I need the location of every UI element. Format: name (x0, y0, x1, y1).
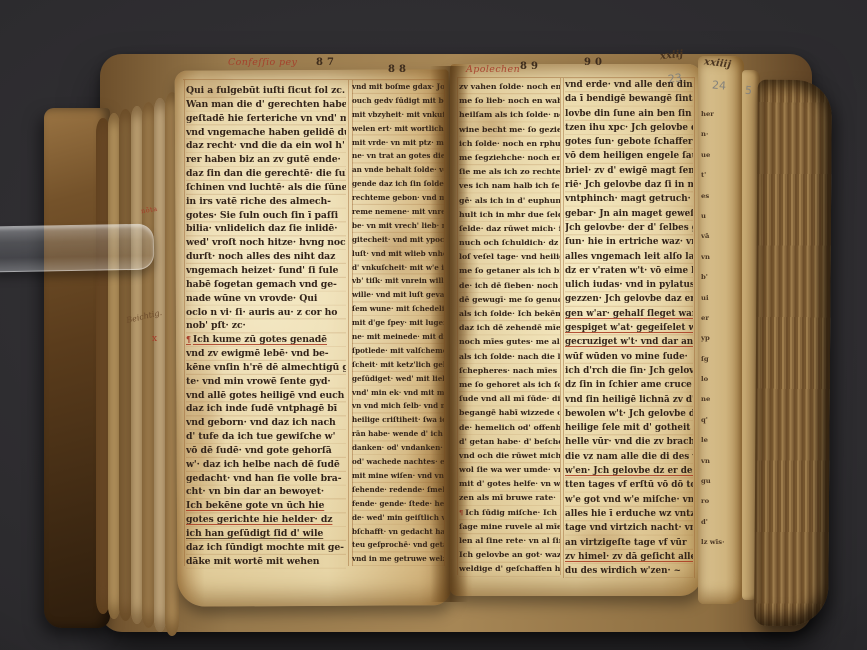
text-line: zv himel· zv dā geſicht alle den (565, 550, 693, 564)
text-line: gezzen· Jch gelovbe daz er gevā (565, 292, 693, 306)
text-line: d' tufe da ich tue gewiſche w' (186, 430, 346, 444)
text-line: w'e got vnd w'e miſche· vn ſid (565, 493, 693, 507)
text-line: te· vnd min vrowē ſente gyd· (186, 375, 346, 389)
column-rule (560, 78, 561, 575)
text-line: nade wūne vn vrovde· Qui (186, 292, 346, 306)
text-line: ves ich nam halb ich ſeiden vſpli (459, 179, 560, 193)
text-line: Ich gelovbe an got· waz alge (459, 548, 560, 562)
text-line: alles hie ī erduche wz vntzich (565, 507, 693, 521)
text-line: zen als mī bruwe rate· (459, 491, 560, 505)
text-line: vnd ſin heiligē lichnā zv d' erde (565, 393, 693, 407)
edge-fragment: n· (701, 124, 735, 144)
acrylic-page-holder-strip (0, 224, 154, 273)
column-number-88: 88 (388, 64, 410, 75)
column-rule (563, 78, 564, 578)
running-title-right: Apolechen (466, 64, 520, 75)
text-line: habē ſogetan gemach vnd ge- (186, 278, 346, 292)
running-title-left: Confeſſio pey (228, 57, 297, 68)
margin-red-cross: x (152, 334, 157, 344)
text-line: tage vnd virtzich nacht· vnd (565, 521, 693, 535)
text-line: daz recht· vnd die da ein wol h' (186, 139, 346, 153)
edge-fragment: her (701, 104, 735, 124)
text-line: hult ich in mhr due ſelde als ich (459, 208, 560, 222)
text-line: wol ſie wa wer umde· vn wz (459, 463, 560, 477)
edge-fragment: lz wīs· (701, 532, 735, 552)
text-line: durſt· noch alles des niht daz (186, 250, 346, 264)
edge-fragment: yp (701, 328, 735, 348)
text-line: w'· daz ich helbe nach dē ſudē (186, 458, 346, 472)
text-line: me ſo getaner als ich billich ſol (459, 264, 560, 278)
text-line: vnd geborn· vnd daz ich nach (186, 416, 346, 430)
edge-fragment: es (701, 186, 735, 206)
text-line: gespiget w'at· gegeiſelet w't· (565, 321, 693, 335)
text-line: dē gewugī· me ſo genuch wz (459, 293, 560, 307)
text-line: vō dem heiligen engele ſauced (565, 149, 693, 163)
text-line: vnd zv ewigmē lebē· vnd be- (186, 347, 346, 361)
text-line: vntphinch· magt getruch· magt (565, 192, 693, 206)
text-line: oclo n vi· ſi· auris au· z cor ho (186, 306, 346, 320)
edge-fragment: er (701, 308, 735, 328)
text-line: die vz nam alle die di des wirdich (565, 450, 693, 464)
text-line: len al ſine rete· vn al ſine w'ke (459, 534, 560, 548)
text-line: w'en· Jch gelovbe dz er des dri (565, 464, 693, 478)
text-line: Ich kume zū gotes genadē (186, 333, 346, 347)
edge-fragment: vn (701, 451, 735, 471)
text-line: loſ veſel tage· vnd heilige tage (459, 250, 560, 264)
edge-fragment: b' (701, 267, 735, 287)
text-line: briel· zv d' ewigē magt ſente gyd (565, 164, 693, 178)
text-line: ich ſolde· noch en rphuch mir ebī (459, 137, 560, 151)
edge-fragment: q' (701, 410, 735, 430)
text-line: dāke mit wortē mit wehen (186, 555, 346, 569)
gutter-fold-shadow (430, 66, 468, 602)
text-line: vnd och die rūwet mich· vn (459, 449, 560, 463)
folio-number-pencil-24: 24 (711, 78, 726, 92)
text-column-89: zv vahen ſolde· noch en heilte ſieme ſo … (459, 80, 560, 577)
text-line: mit d' gotes helfe· vn wil ſv bez (459, 477, 560, 491)
text-line: helle vūr· vnd die zv brach· vn (565, 435, 693, 449)
text-line: nob' pſt· zc· (186, 319, 346, 333)
text-line: ſie me als ich zo rechte ſolde· ſo (459, 165, 560, 179)
text-line: vngemach heizet· ſund' ſi ſule (186, 264, 346, 278)
text-line: ſchinen vnd luchtē· als die ſūne (186, 181, 346, 195)
edge-fragment: d' (701, 512, 735, 532)
text-line: gotes· Sie ſuln ouch ſin ī paſſi (186, 209, 346, 223)
text-line: da ī bendigē bewangē ſint· Ich ge (565, 92, 693, 106)
text-line: alles vngemach leit alſo lange biz (565, 250, 693, 264)
edge-fragment: vn (701, 247, 735, 267)
text-line: Ich ſūdig miſche· Ich b' (459, 506, 560, 520)
text-line: heilſam als ich ſolde· noch en gert (459, 108, 560, 122)
edge-fragment: t' (701, 165, 735, 185)
text-line: zv vahen ſolde· noch en heilte ſie (459, 80, 560, 94)
text-line: me ſo lieb· noch en wab in mi ge (459, 94, 560, 108)
text-line: ſage mine ruvele al mīes wil (459, 520, 560, 534)
column-rule (348, 80, 349, 566)
photo-stage: Confeſſio pey 87 88 Apolechen 89 90 xxii… (0, 0, 867, 650)
edge-fragment: ue (701, 145, 735, 165)
folio-number-pencil-25-partial: 5 (744, 84, 752, 98)
edge-fragment: ro (701, 491, 735, 511)
text-line: ich han geſūdigt ſid d' wile (186, 527, 346, 541)
edge-fragment: gu (701, 471, 735, 491)
text-line: als ich ſolde· Ich bekēne euch dz (459, 307, 560, 321)
column-rule (694, 78, 695, 578)
text-line: vō dē ſudē· vnd gote gehorſā (186, 444, 346, 458)
text-line: lovbe din ſune ain ben ſin vnſu (565, 107, 693, 121)
text-line: Ich bekēne gote vn ūch hie (186, 499, 346, 513)
text-line: de· ich dē ſieben· noch dē arm· noch (459, 279, 560, 293)
text-line: daz ich inde ſudē vntphagē bī (186, 402, 346, 416)
text-column-87: Qui a fulgebūt iuſti ſicut ſol zc.Wan ma… (186, 84, 346, 569)
text-line: noch mīes gutes· me al ſo gāz (459, 335, 560, 349)
text-line: gē· als ich in d' euphune· ſue de (459, 194, 560, 208)
column-number-89: 89 (520, 61, 542, 72)
text-line: me ſegziehche· noch en gedache (459, 151, 560, 165)
text-line: gecruziget w't· vnd dar an leit (565, 335, 693, 349)
text-line: vnd allē gotes heiligē vnd euch (186, 389, 346, 403)
text-line: weldige d' geſchaffen hat himel (459, 562, 560, 576)
text-line: Jch gelovbe· der d' ſelbes gotes (565, 221, 693, 235)
text-line: dz ſin in ſchier ame cruce erſtab· (565, 378, 693, 392)
text-line: Wan man die d' gerechten habe (186, 98, 346, 112)
text-line: gebar· Jn ain maget geweſende· (565, 207, 693, 221)
edge-fragment: ſg (701, 349, 735, 369)
text-line: an virtzigeſte tage vf vūr (565, 536, 693, 550)
text-line: wine becht me· ſo geziehche als (459, 123, 560, 137)
text-line: wed' vroſt noch hitze· hvng noch (186, 236, 346, 250)
text-line: ulich iudas· vnd in pylatus (565, 278, 693, 292)
text-line: ſchepheres· nach mīes ebē criſtē (459, 364, 560, 378)
text-line: heilige ſele mit d' gotheit zv der (565, 421, 693, 435)
text-line: daz ich ſūndigt mochte mit ge- (186, 541, 346, 555)
text-line: gen w'ar· gehalſ ſleget wart· (565, 307, 693, 321)
text-line: Qui a fulgebūt iuſti ſicut ſol zc. (186, 84, 346, 98)
text-line: gotes gerichte hie helder· dz (186, 513, 346, 527)
edge-fragment: le (701, 430, 735, 450)
edge-fragment: ui (701, 288, 735, 308)
edge-fragment: lo (701, 369, 735, 389)
text-line: gotes ſun· gebote ſchaffer w't (565, 135, 693, 149)
column-number-87: 87 (316, 57, 338, 68)
text-line: bewolen w't· Jch gelovbe dz ſin (565, 407, 693, 421)
edge-text-fragments: hern·uet'esuvāvnb'uierypſgloneq'levnguro… (701, 104, 735, 553)
text-line: me ſo gehoret als ich ſolde· Dar (459, 378, 560, 392)
text-line: tzen ihu xpc· Jch gelovbe dz dſelb (565, 121, 693, 135)
text-line: vnd vngemache haben gelidē durch (186, 126, 346, 140)
text-line: ſun· hie in ertriche waz· vnd (565, 235, 693, 249)
text-line: nuch och ſchuldich· dz ich dicke (459, 236, 560, 250)
text-line: dz er v'raten w't· vō eime hū (565, 264, 693, 278)
text-column-90: vnd erde· vnd alle den dinch dieda ī ben… (565, 78, 693, 578)
text-line: begangē habī wizzede od' vnwiz (459, 406, 560, 420)
text-line: als ich ſolde· nach die liebe mīe (459, 350, 560, 364)
text-line: ſelde· daz rūwet mich· ich be (459, 222, 560, 236)
text-line: du des wirdich w'zen· ~ (565, 564, 693, 578)
text-line: vnd erde· vnd alle den dinch die (565, 78, 693, 92)
text-line: in irs vatē riche des almech- (186, 195, 346, 209)
text-line: bilia· vnlidelich daz ſie inlidē· (186, 222, 346, 236)
text-line: cht· vn bin dar an bewoyet· (186, 485, 346, 499)
column-number-90: 90 (584, 57, 606, 68)
edge-fragment: vā (701, 226, 735, 246)
text-line: rer haben biz an zv gutē ende· (186, 153, 346, 167)
text-line: kēne vnſin h'rē dē almechtigū go- (186, 361, 346, 375)
text-line: geſtadē hie ſerteriche vn vnd' mine (186, 112, 346, 126)
text-line: daz ich dē zehendē mīes liebes (459, 321, 560, 335)
text-line: wūf wūden vo mine ſude· (565, 350, 693, 364)
edge-fragment: ne (701, 389, 735, 409)
text-line: de· hemelich od' offenbare· ſva es (459, 421, 560, 435)
column-rule (184, 80, 185, 566)
text-line: gedacht· vnd han ſie volle bra- (186, 472, 346, 486)
text-line: ſude vnd all mī ſūde· die ich ie (459, 392, 560, 406)
text-line: d' getan habe· d' beſchede ge (459, 435, 560, 449)
text-line: riē· Jch gelovbe daz ſi in magt (565, 178, 693, 192)
edge-fragment: u (701, 206, 735, 226)
text-line: ich d'rch die ſin· Jch gelovbe (565, 364, 693, 378)
text-line: daz ſin dan die gerechtē· die ſule (186, 167, 346, 181)
text-line: tten tages vf erſtū vō dō tode· (565, 478, 693, 492)
fore-edge-page-block (754, 80, 832, 627)
